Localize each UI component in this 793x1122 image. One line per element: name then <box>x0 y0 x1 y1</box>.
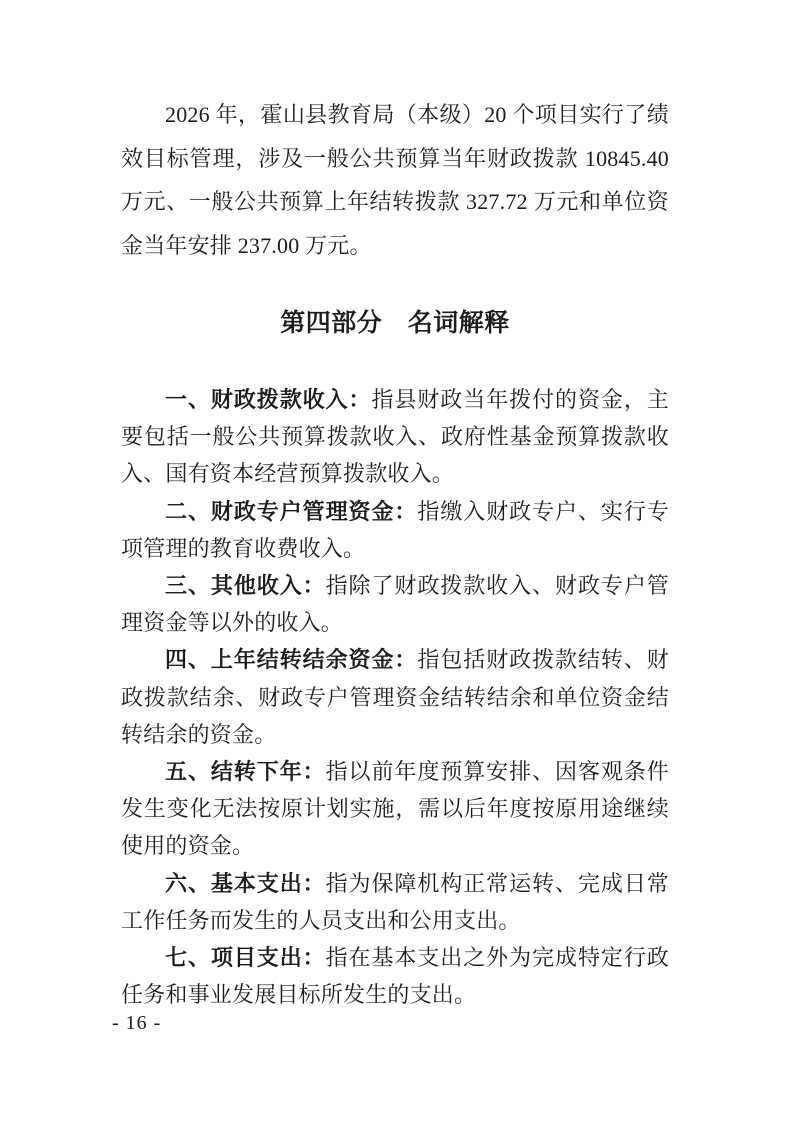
glossary-item: 二、财政专户管理资金：指缴入财政专户、实行专项管理的教育收费收入。 <box>121 493 669 567</box>
glossary-item: 六、基本支出：指为保障机构正常运转、完成日常工作任务而发生的人员支出和公用支出。 <box>121 865 669 939</box>
glossary-term: 四、上年结转结余资金： <box>165 647 417 672</box>
glossary-item: 四、上年结转结余资金：指包括财政拨款结转、财政拨款结余、财政专户管理资金结转结余… <box>121 641 669 753</box>
glossary-term: 七、项目支出： <box>165 945 326 970</box>
glossary-term: 五、结转下年： <box>165 759 326 784</box>
page-content: 2026 年，霍山县教育局（本级）20 个项目实行了绩效目标管理，涉及一般公共预… <box>121 0 669 1013</box>
section-heading: 第四部分 名词解释 <box>121 303 669 343</box>
glossary-list: 一、财政拨款收入：指县财政当年拨付的资金，主要包括一般公共预算拨款收入、政府性基… <box>121 381 669 1013</box>
glossary-term: 一、财政拨款收入： <box>165 387 371 412</box>
glossary-term: 六、基本支出： <box>165 871 326 896</box>
glossary-item: 一、财政拨款收入：指县财政当年拨付的资金，主要包括一般公共预算拨款收入、政府性基… <box>121 381 669 493</box>
glossary-term: 三、其他收入： <box>165 573 326 598</box>
page-number: - 16 - <box>112 1010 161 1036</box>
intro-paragraph: 2026 年，霍山县教育局（本级）20 个项目实行了绩效目标管理，涉及一般公共预… <box>121 93 669 267</box>
glossary-item: 三、其他收入：指除了财政拨款收入、财政专户管理资金等以外的收入。 <box>121 567 669 641</box>
document-page: 2026 年，霍山县教育局（本级）20 个项目实行了绩效目标管理，涉及一般公共预… <box>0 0 793 1122</box>
glossary-term: 二、财政专户管理资金： <box>165 499 417 524</box>
glossary-item: 七、项目支出：指在基本支出之外为完成特定行政任务和事业发展目标所发生的支出。 <box>121 939 669 1013</box>
glossary-item: 五、结转下年：指以前年度预算安排、因客观条件发生变化无法按原计划实施，需以后年度… <box>121 753 669 865</box>
